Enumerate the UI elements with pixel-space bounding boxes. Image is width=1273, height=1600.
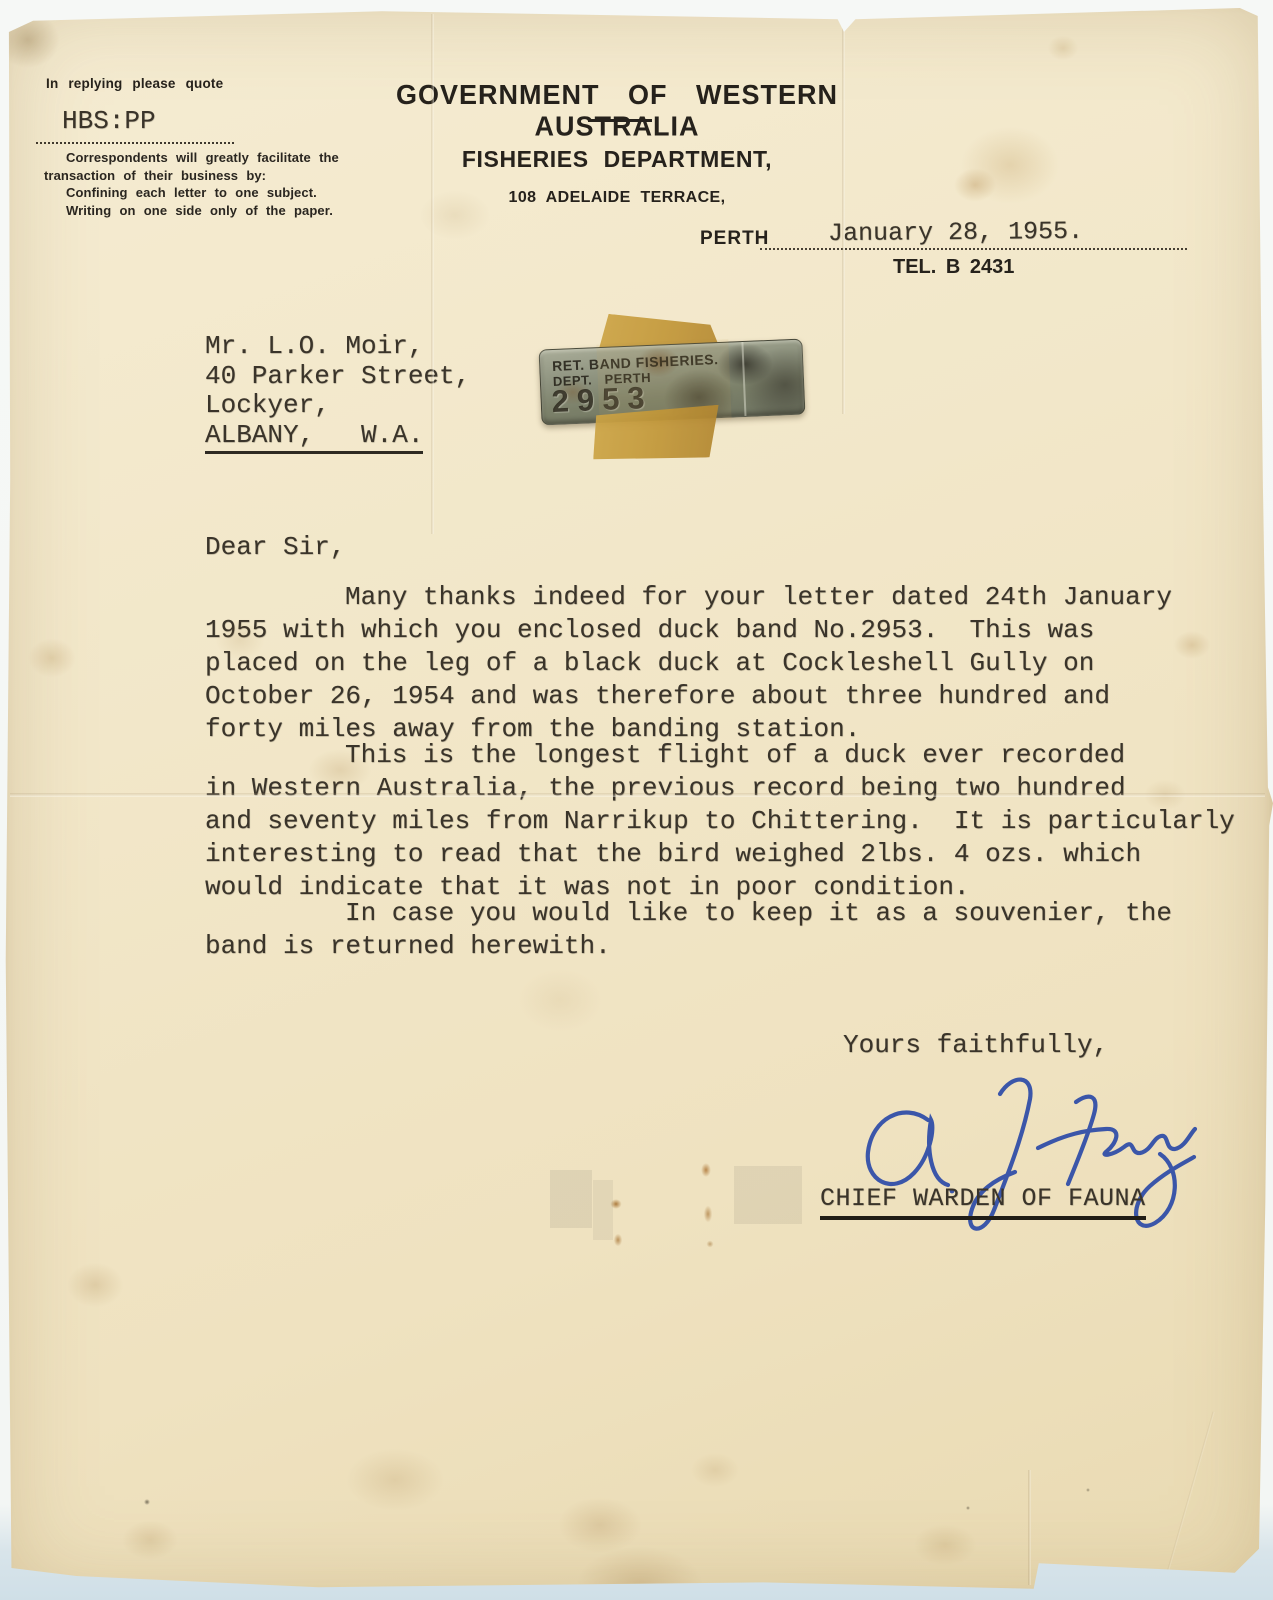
typed-line: in Western Australia, the previous recor… <box>205 772 1235 805</box>
typed-line: interesting to read that the bird weighe… <box>205 838 1235 871</box>
typed-line: and seventy miles from Narrikup to Chitt… <box>205 805 1235 838</box>
valediction: Yours faithfully, <box>843 1030 1108 1060</box>
government-title: GOVERNMENT OF WESTERN AUSTRALIA <box>312 79 922 142</box>
typed-line: In case you would like to keep it as a s… <box>205 897 1172 930</box>
recipient-address: Mr. L.O. Moir, 40 Parker Street, Lockyer… <box>205 332 470 454</box>
typed-line: This is the longest flight of a duck eve… <box>205 739 1235 772</box>
department-name: FISHERIES DEPARTMENT, <box>392 146 842 173</box>
salutation: Dear Sir, <box>205 531 345 564</box>
recipient-line: Lockyer, <box>205 391 470 421</box>
reply-instruction: In replying please quote <box>46 76 223 91</box>
notice-line: Writing on one side only of the paper. <box>44 202 374 220</box>
notice-line: Confining each letter to one subject. <box>44 184 374 202</box>
scan-background: { "letter": { "reference_block": { "inst… <box>0 0 1273 1600</box>
typed-line: October 26, 1954 and was therefore about… <box>205 680 1172 713</box>
correspondence-notice: Correspondents will greatly facilitate t… <box>44 149 374 219</box>
typed-line: 1955 with which you enclosed duck band N… <box>205 614 1172 647</box>
telephone-number: TEL. B 2431 <box>893 256 1014 279</box>
ghost-band-imprint <box>538 1152 808 1252</box>
notice-line: transaction of their business by: <box>44 167 374 185</box>
fold-crease-bottom <box>1028 1470 1031 1585</box>
recipient-line: Mr. L.O. Moir, <box>205 332 470 362</box>
street-address: 108 ADELAIDE TERRACE, <box>392 189 842 207</box>
letter-paper: In replying please quote HBS:PP Correspo… <box>0 0 1273 1600</box>
typed-line: placed on the leg of a black duck at Coc… <box>205 647 1172 680</box>
fold-crease-vertical-right <box>842 14 845 414</box>
duck-band-assembly: RET. BAND FISHERIES. DEPT. PERTH 2953 <box>540 316 815 466</box>
paragraph-3: In case you would like to keep it as a s… <box>205 897 1172 963</box>
fold-crease-diagonal <box>1157 1412 1214 1600</box>
paragraph-1: Many thanks indeed for your letter dated… <box>205 581 1172 746</box>
reference-code: HBS:PP <box>62 106 156 136</box>
city-label: PERTH <box>700 228 769 250</box>
paragraph-2: This is the longest flight of a duck eve… <box>205 739 1235 904</box>
typed-date: January 28, 1955. <box>828 217 1083 248</box>
recipient-line: 40 Parker Street, <box>205 362 470 392</box>
signatory-title: CHIEF WARDEN OF FAUNA <box>820 1184 1146 1220</box>
notice-line: Correspondents will greatly facilitate t… <box>44 149 374 167</box>
typed-line: band is returned herewith. <box>205 930 1172 963</box>
header-divider <box>588 119 652 122</box>
recipient-line-underlined: ALBANY, W.A. <box>205 421 423 455</box>
typed-line: Many thanks indeed for your letter dated… <box>205 581 1172 614</box>
